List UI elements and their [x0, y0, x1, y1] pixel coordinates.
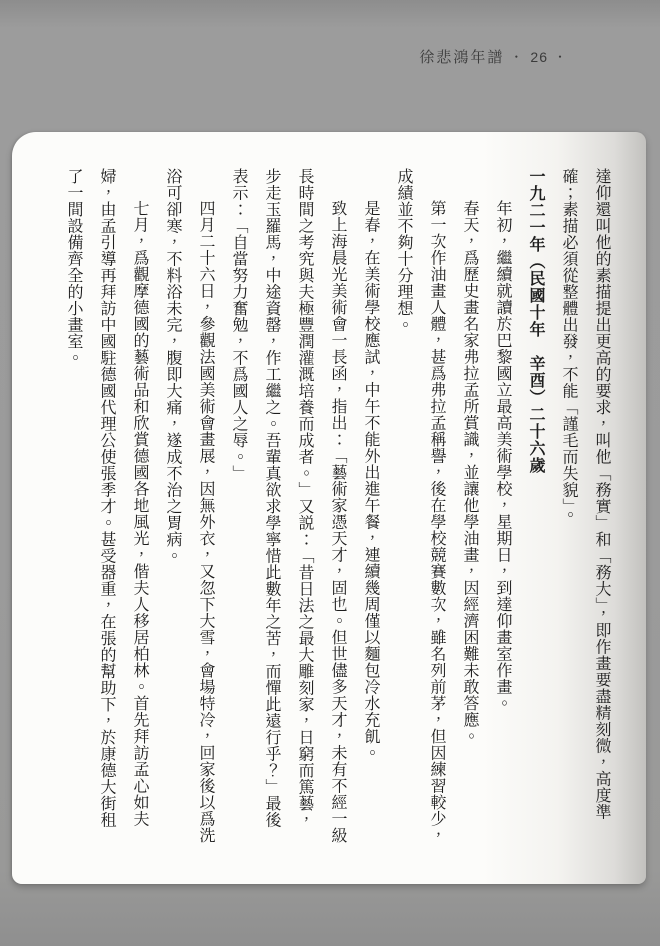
book-page: 達仰還叫他的素描提出更高的要求，叫他「務實」和「務大」，即作畫要盡精刻微，高度準…: [12, 132, 646, 884]
continuation-paragraph: 達仰還叫他的素描提出更高的要求，叫他「務實」和「務大」，即作畫要盡精刻微，高度準…: [552, 168, 618, 844]
running-header: 徐悲鴻年譜・26・: [419, 46, 574, 67]
entry-paragraph: 第一次作油畫人體，甚爲弗拉孟稱譽，後在學校競賽數次，雖名列前茅，但因練習較少，成…: [387, 168, 453, 844]
year-heading: 一九二一年（民國十年 辛酉）二十六歲: [519, 168, 552, 844]
entry-paragraph: 春天，爲歷史畫名家弗拉孟所賞識，並讓他學油畫，因經濟困難未敢答應。: [453, 168, 486, 844]
entry-paragraph: 七月，爲觀摩德國的藝術品和欣賞德國各地風光，偕夫人移居柏林。首先拜訪孟心如夫婦，…: [57, 168, 156, 844]
page-body-text: 達仰還叫他的素描提出更高的要求，叫他「務實」和「務大」，即作畫要盡精刻微，高度準…: [22, 168, 618, 844]
separator-dot: ・: [554, 50, 568, 64]
separator-dot: ・: [510, 50, 524, 64]
entry-paragraph: 四月二十六日，參觀法國美術會畫展，因無外衣，又忽下大雪，會場特冷，回家後以爲洗浴…: [156, 168, 222, 844]
scanner-background: 徐悲鴻年譜・26・ 達仰還叫他的素描提出更高的要求，叫他「務實」和「務大」，即作…: [0, 0, 660, 946]
entry-paragraph: 年初，繼續就讀於巴黎國立最高美術學校，星期日，到達仰畫室作畫。: [486, 168, 519, 844]
page-number: 26: [530, 49, 548, 65]
entry-paragraph: 是春，在美術學校應試，中午不能外出進午餐，連續幾周僅以麵包冷水充飢。: [354, 168, 387, 844]
book-title: 徐悲鴻年譜: [419, 50, 504, 66]
entry-paragraph: 致上海晨光美術會一長函，指出：「藝術家憑天才，固也。但世儘多天才，未有不經一級長…: [222, 168, 354, 844]
